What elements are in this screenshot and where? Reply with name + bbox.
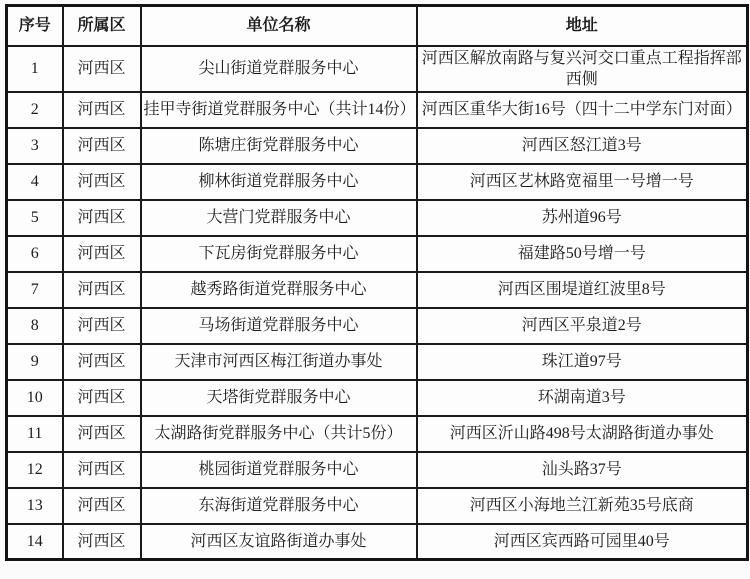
table-row: 8河西区马场街道党群服务中心河西区平泉道2号 <box>7 308 748 344</box>
row-number-cell: 1 <box>7 46 63 92</box>
district-cell: 河西区 <box>63 452 141 488</box>
table-row: 6河西区下瓦房街党群服务中心福建路50号增一号 <box>7 236 748 272</box>
address-cell: 河西区宾西路可园里40号 <box>417 524 748 560</box>
unit-name-cell: 越秀路街道党群服务中心 <box>141 272 417 308</box>
party-service-center-table: 序号 所属区 单位名称 地址 1河西区尖山街道党群服务中心河西区解放南路与复兴河… <box>5 4 749 561</box>
row-number-cell: 10 <box>7 380 63 416</box>
unit-name-cell: 桃园街道党群服务中心 <box>141 452 417 488</box>
unit-name-cell: 天塔街党群服务中心 <box>141 380 417 416</box>
address-cell: 河西区重华大街16号（四十二中学东门对面） <box>417 92 748 128</box>
address-cell: 环湖南道3号 <box>417 380 748 416</box>
unit-name-cell: 大营门党群服务中心 <box>141 200 417 236</box>
row-number-cell: 11 <box>7 416 63 452</box>
row-number-cell: 4 <box>7 164 63 200</box>
unit-name-cell: 挂甲寺街道党群服务中心（共计14份） <box>141 92 417 128</box>
table-row: 5河西区大营门党群服务中心苏州道96号 <box>7 200 748 236</box>
unit-name-cell: 尖山街道党群服务中心 <box>141 46 417 92</box>
address-cell: 河西区沂山路498号太湖路街道办事处 <box>417 416 748 452</box>
district-cell: 河西区 <box>63 128 141 164</box>
unit-name-cell: 天津市河西区梅江街道办事处 <box>141 344 417 380</box>
table-row: 10河西区天塔街党群服务中心环湖南道3号 <box>7 380 748 416</box>
district-cell: 河西区 <box>63 236 141 272</box>
table-row: 4河西区柳林街道党群服务中心河西区艺林路宽福里一号增一号 <box>7 164 748 200</box>
header-row: 序号 所属区 单位名称 地址 <box>7 6 748 46</box>
unit-name-cell: 下瓦房街党群服务中心 <box>141 236 417 272</box>
district-cell: 河西区 <box>63 416 141 452</box>
row-number-cell: 12 <box>7 452 63 488</box>
address-cell: 汕头路37号 <box>417 452 748 488</box>
district-cell: 河西区 <box>63 524 141 560</box>
col-header-index: 序号 <box>7 6 63 46</box>
district-cell: 河西区 <box>63 272 141 308</box>
unit-name-cell: 河西区友谊路街道办事处 <box>141 524 417 560</box>
table-row: 11河西区太湖路街党群服务中心（共计5份）河西区沂山路498号太湖路街道办事处 <box>7 416 748 452</box>
address-cell: 河西区平泉道2号 <box>417 308 748 344</box>
district-cell: 河西区 <box>63 200 141 236</box>
table-row: 12河西区桃园街道党群服务中心汕头路37号 <box>7 452 748 488</box>
row-number-cell: 3 <box>7 128 63 164</box>
col-header-district: 所属区 <box>63 6 141 46</box>
unit-name-cell: 马场街道党群服务中心 <box>141 308 417 344</box>
document-page: 序号 所属区 单位名称 地址 1河西区尖山街道党群服务中心河西区解放南路与复兴河… <box>0 0 750 579</box>
table-row: 9河西区天津市河西区梅江街道办事处珠江道97号 <box>7 344 748 380</box>
address-cell: 河西区怒江道3号 <box>417 128 748 164</box>
unit-name-cell: 陈塘庄街党群服务中心 <box>141 128 417 164</box>
row-number-cell: 14 <box>7 524 63 560</box>
table-row: 2河西区挂甲寺街道党群服务中心（共计14份）河西区重华大街16号（四十二中学东门… <box>7 92 748 128</box>
row-number-cell: 8 <box>7 308 63 344</box>
address-cell: 福建路50号增一号 <box>417 236 748 272</box>
table-row: 3河西区陈塘庄街党群服务中心河西区怒江道3号 <box>7 128 748 164</box>
row-number-cell: 6 <box>7 236 63 272</box>
district-cell: 河西区 <box>63 46 141 92</box>
table-body: 1河西区尖山街道党群服务中心河西区解放南路与复兴河交口重点工程指挥部西侧2河西区… <box>7 46 748 560</box>
table-row: 13河西区东海街道党群服务中心河西区小海地兰江新苑35号底商 <box>7 488 748 524</box>
address-cell: 河西区围堤道红波里8号 <box>417 272 748 308</box>
unit-name-cell: 太湖路街党群服务中心（共计5份） <box>141 416 417 452</box>
table-row: 1河西区尖山街道党群服务中心河西区解放南路与复兴河交口重点工程指挥部西侧 <box>7 46 748 92</box>
address-cell: 河西区小海地兰江新苑35号底商 <box>417 488 748 524</box>
table-row: 14河西区河西区友谊路街道办事处河西区宾西路可园里40号 <box>7 524 748 560</box>
unit-name-cell: 东海街道党群服务中心 <box>141 488 417 524</box>
table-row: 7河西区越秀路街道党群服务中心河西区围堤道红波里8号 <box>7 272 748 308</box>
unit-name-cell: 柳林街道党群服务中心 <box>141 164 417 200</box>
address-cell: 河西区艺林路宽福里一号增一号 <box>417 164 748 200</box>
address-cell: 苏州道96号 <box>417 200 748 236</box>
row-number-cell: 5 <box>7 200 63 236</box>
district-cell: 河西区 <box>63 488 141 524</box>
row-number-cell: 13 <box>7 488 63 524</box>
address-cell: 河西区解放南路与复兴河交口重点工程指挥部西侧 <box>417 46 748 92</box>
row-number-cell: 2 <box>7 92 63 128</box>
district-cell: 河西区 <box>63 164 141 200</box>
district-cell: 河西区 <box>63 344 141 380</box>
row-number-cell: 9 <box>7 344 63 380</box>
district-cell: 河西区 <box>63 380 141 416</box>
row-number-cell: 7 <box>7 272 63 308</box>
address-cell: 珠江道97号 <box>417 344 748 380</box>
district-cell: 河西区 <box>63 92 141 128</box>
district-cell: 河西区 <box>63 308 141 344</box>
col-header-address: 地址 <box>417 6 748 46</box>
col-header-unit-name: 单位名称 <box>141 6 417 46</box>
